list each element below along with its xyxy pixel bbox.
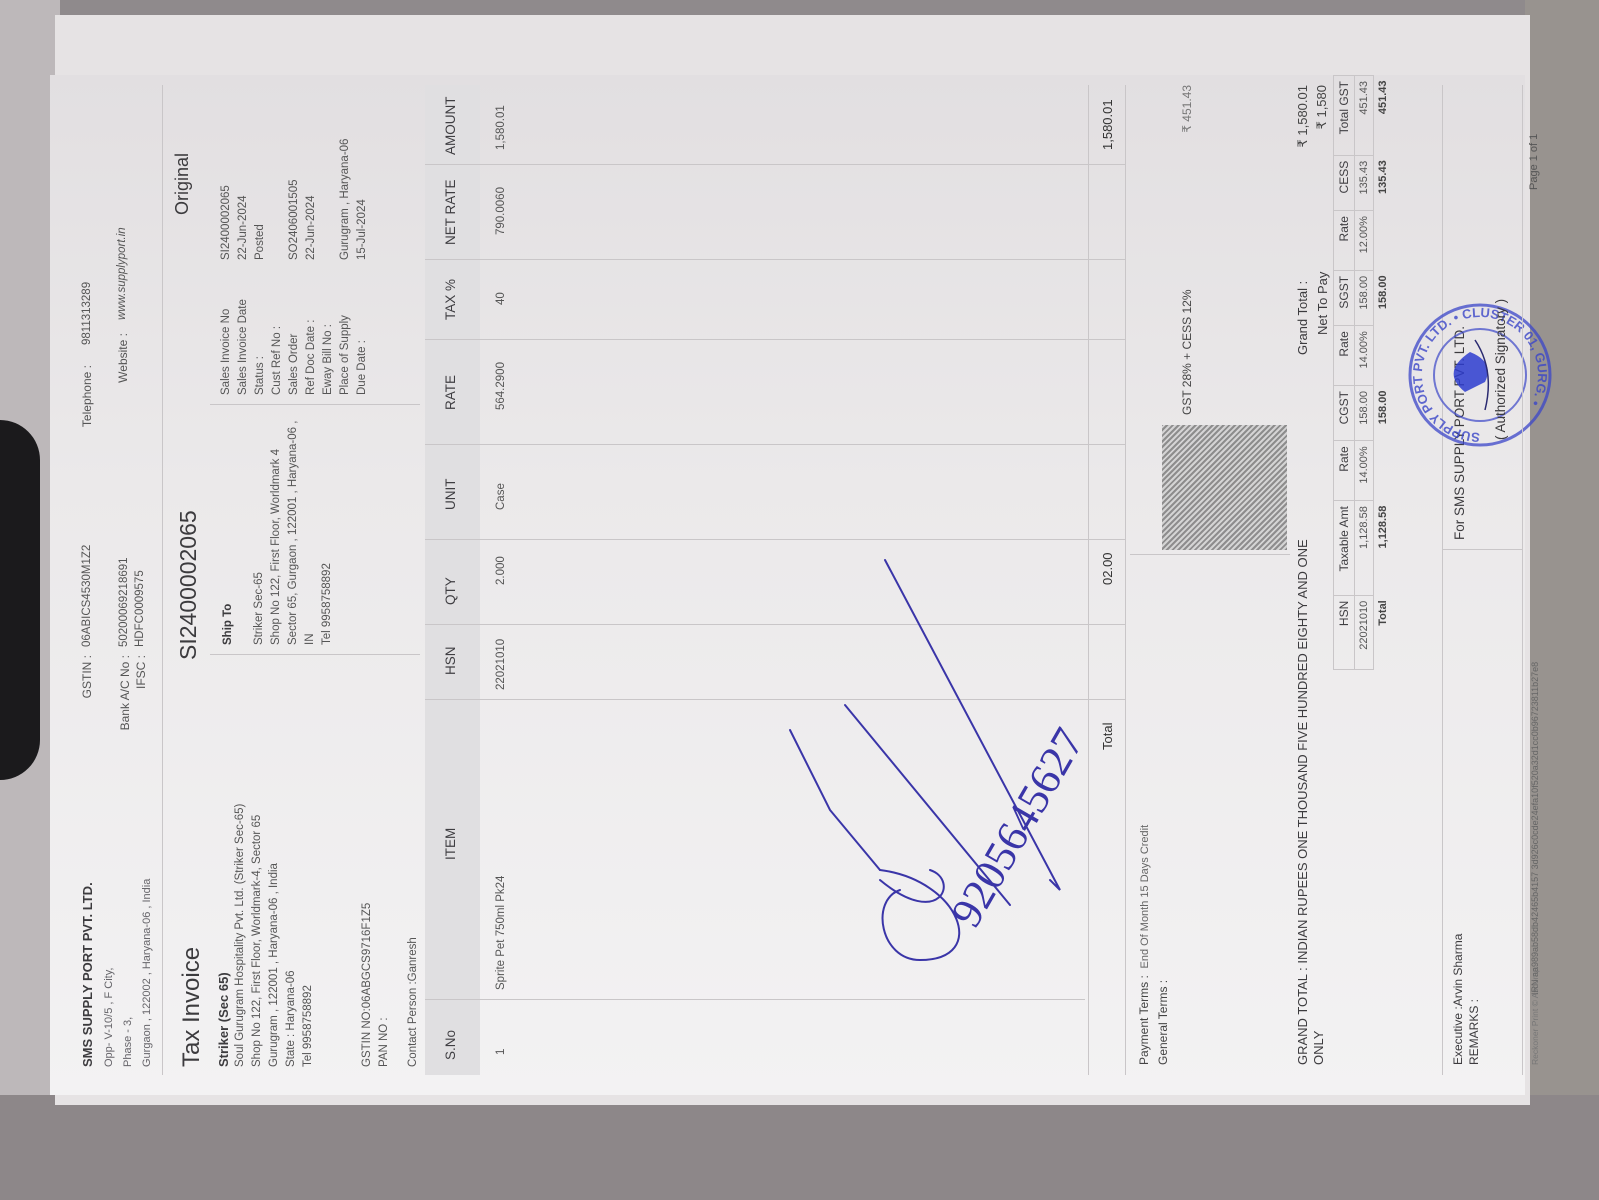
divider: [210, 404, 420, 405]
meta-sales-order: SO2406001505: [286, 139, 303, 260]
qr-code: [1162, 425, 1287, 550]
company-gstin: 06ABICS4530M1Z2: [81, 545, 93, 647]
company-address: Opp- V-10/5 , F City, Phase - 3, Gurgaon…: [100, 879, 157, 1067]
telephone-label: Telephone :: [80, 365, 94, 445]
background-object: [0, 420, 40, 780]
invoice-page: SMS SUPPLY PORT PVT. LTD. Opp- V-10/5 , …: [50, 75, 1525, 1095]
company-name: SMS SUPPLY PORT PVT. LTD.: [80, 882, 95, 1067]
website-label: Website :: [116, 333, 130, 445]
telephone: 9811313289: [81, 282, 93, 345]
executive-name: Executive :Arvin Sharma: [1450, 934, 1466, 1065]
gst-summary-table: HSN Taxable Amt Rate CGST Rate SGST Rate…: [1333, 75, 1392, 670]
authorized-signatory: ( Authorized Signatory ): [1493, 299, 1508, 440]
items-total-qty: 02.00: [1100, 552, 1115, 585]
general-terms-label: General Terms :: [1154, 825, 1172, 1065]
payment-terms-label: Payment Terms :: [1137, 975, 1151, 1065]
executive-block: Executive :Arvin Sharma REMARKS :: [1450, 934, 1482, 1065]
bill-to-pan: PAN NO :: [376, 804, 393, 1067]
net-to-pay-label: Net To Pay: [1315, 272, 1330, 335]
meta-ref-doc-date: 22-Jun-2024: [303, 139, 320, 260]
meta-due-date: 15-Jul-2024: [354, 139, 371, 260]
divider: [210, 654, 420, 655]
document-title: Tax Invoice: [178, 947, 206, 1067]
table-row: 22021010 1,128.58 14.00% 158.00 14.00% 1…: [1355, 76, 1374, 670]
ifsc: HDFC0009575: [134, 570, 146, 647]
remarks-label: REMARKS :: [1466, 934, 1482, 1065]
company-stamp: SUPPLY PORT PVT. LTD. • CLUSTER 01, GURG…: [1405, 300, 1555, 450]
invoice-meta: Sales Invoice No Sales Invoice Date Stat…: [218, 139, 371, 395]
grand-total-value: ₹ 1,580.01: [1295, 85, 1311, 195]
terms-block: Payment Terms : End Of Month 15 Days Cre…: [1135, 825, 1172, 1065]
bank-ac: 50200069218691: [118, 557, 130, 647]
meta-place-of-supply: Gurugram , Haryana-06: [337, 139, 354, 260]
divider: [162, 85, 163, 1075]
gst-total-row: Total 1,128.58 158.00 158.00 135.43 451.…: [1374, 76, 1393, 670]
amount-in-words: GRAND TOTAL : INDIAN RUPEES ONE THOUSAND…: [1295, 539, 1327, 1065]
meta-invoice-date: 22-Jun-2024: [235, 139, 252, 260]
payment-terms-value: End Of Month 15 Days Credit: [1139, 825, 1151, 969]
gst-note: GST 28% + CESS 12%: [1180, 289, 1194, 415]
net-to-pay-value: ₹ 1,580: [1314, 85, 1330, 195]
ship-to-heading: Ship To: [220, 421, 237, 645]
bank-ac-label: Bank A/C No :: [118, 655, 132, 755]
items-total-label: Total: [1100, 723, 1115, 750]
irn-number: IRN aa989ab58db42465b4157 3d926c0cde24ef…: [1530, 662, 1540, 995]
ship-to-block: Ship To Striker Sec-65 Shop No 122, Firs…: [220, 421, 336, 645]
items-total-amount: 1,580.01: [1100, 99, 1115, 150]
bill-to-heading: Striker (Sec 65): [215, 804, 232, 1067]
meta-status: Posted: [252, 139, 269, 260]
gstin-label: GSTIN :: [80, 655, 94, 735]
bill-to-gstin: GSTIN NO:06ABGCS9716F1Z5: [359, 804, 376, 1067]
contact-person: Contact Person :Ganresh: [405, 804, 422, 1067]
grand-total-label: Grand Total :: [1295, 281, 1310, 355]
page-number: Page 1 of 1: [1528, 134, 1540, 190]
item-name: Sprite Pet 750ml Pk24: [495, 876, 507, 990]
invoice-number: SI2400002065: [175, 510, 202, 660]
background-bottom: [0, 1095, 1599, 1200]
meta-invoice-no: SI2400002065: [218, 139, 235, 260]
bill-to-block: Striker (Sec 65) Soul Gurugram Hospitali…: [215, 804, 422, 1067]
ifsc-label: IFSC :: [134, 655, 148, 735]
tax-amount: ₹ 451.43: [1180, 85, 1194, 195]
website-link[interactable]: www.supplyport.in: [116, 227, 128, 320]
copy-type: Original: [172, 153, 193, 215]
